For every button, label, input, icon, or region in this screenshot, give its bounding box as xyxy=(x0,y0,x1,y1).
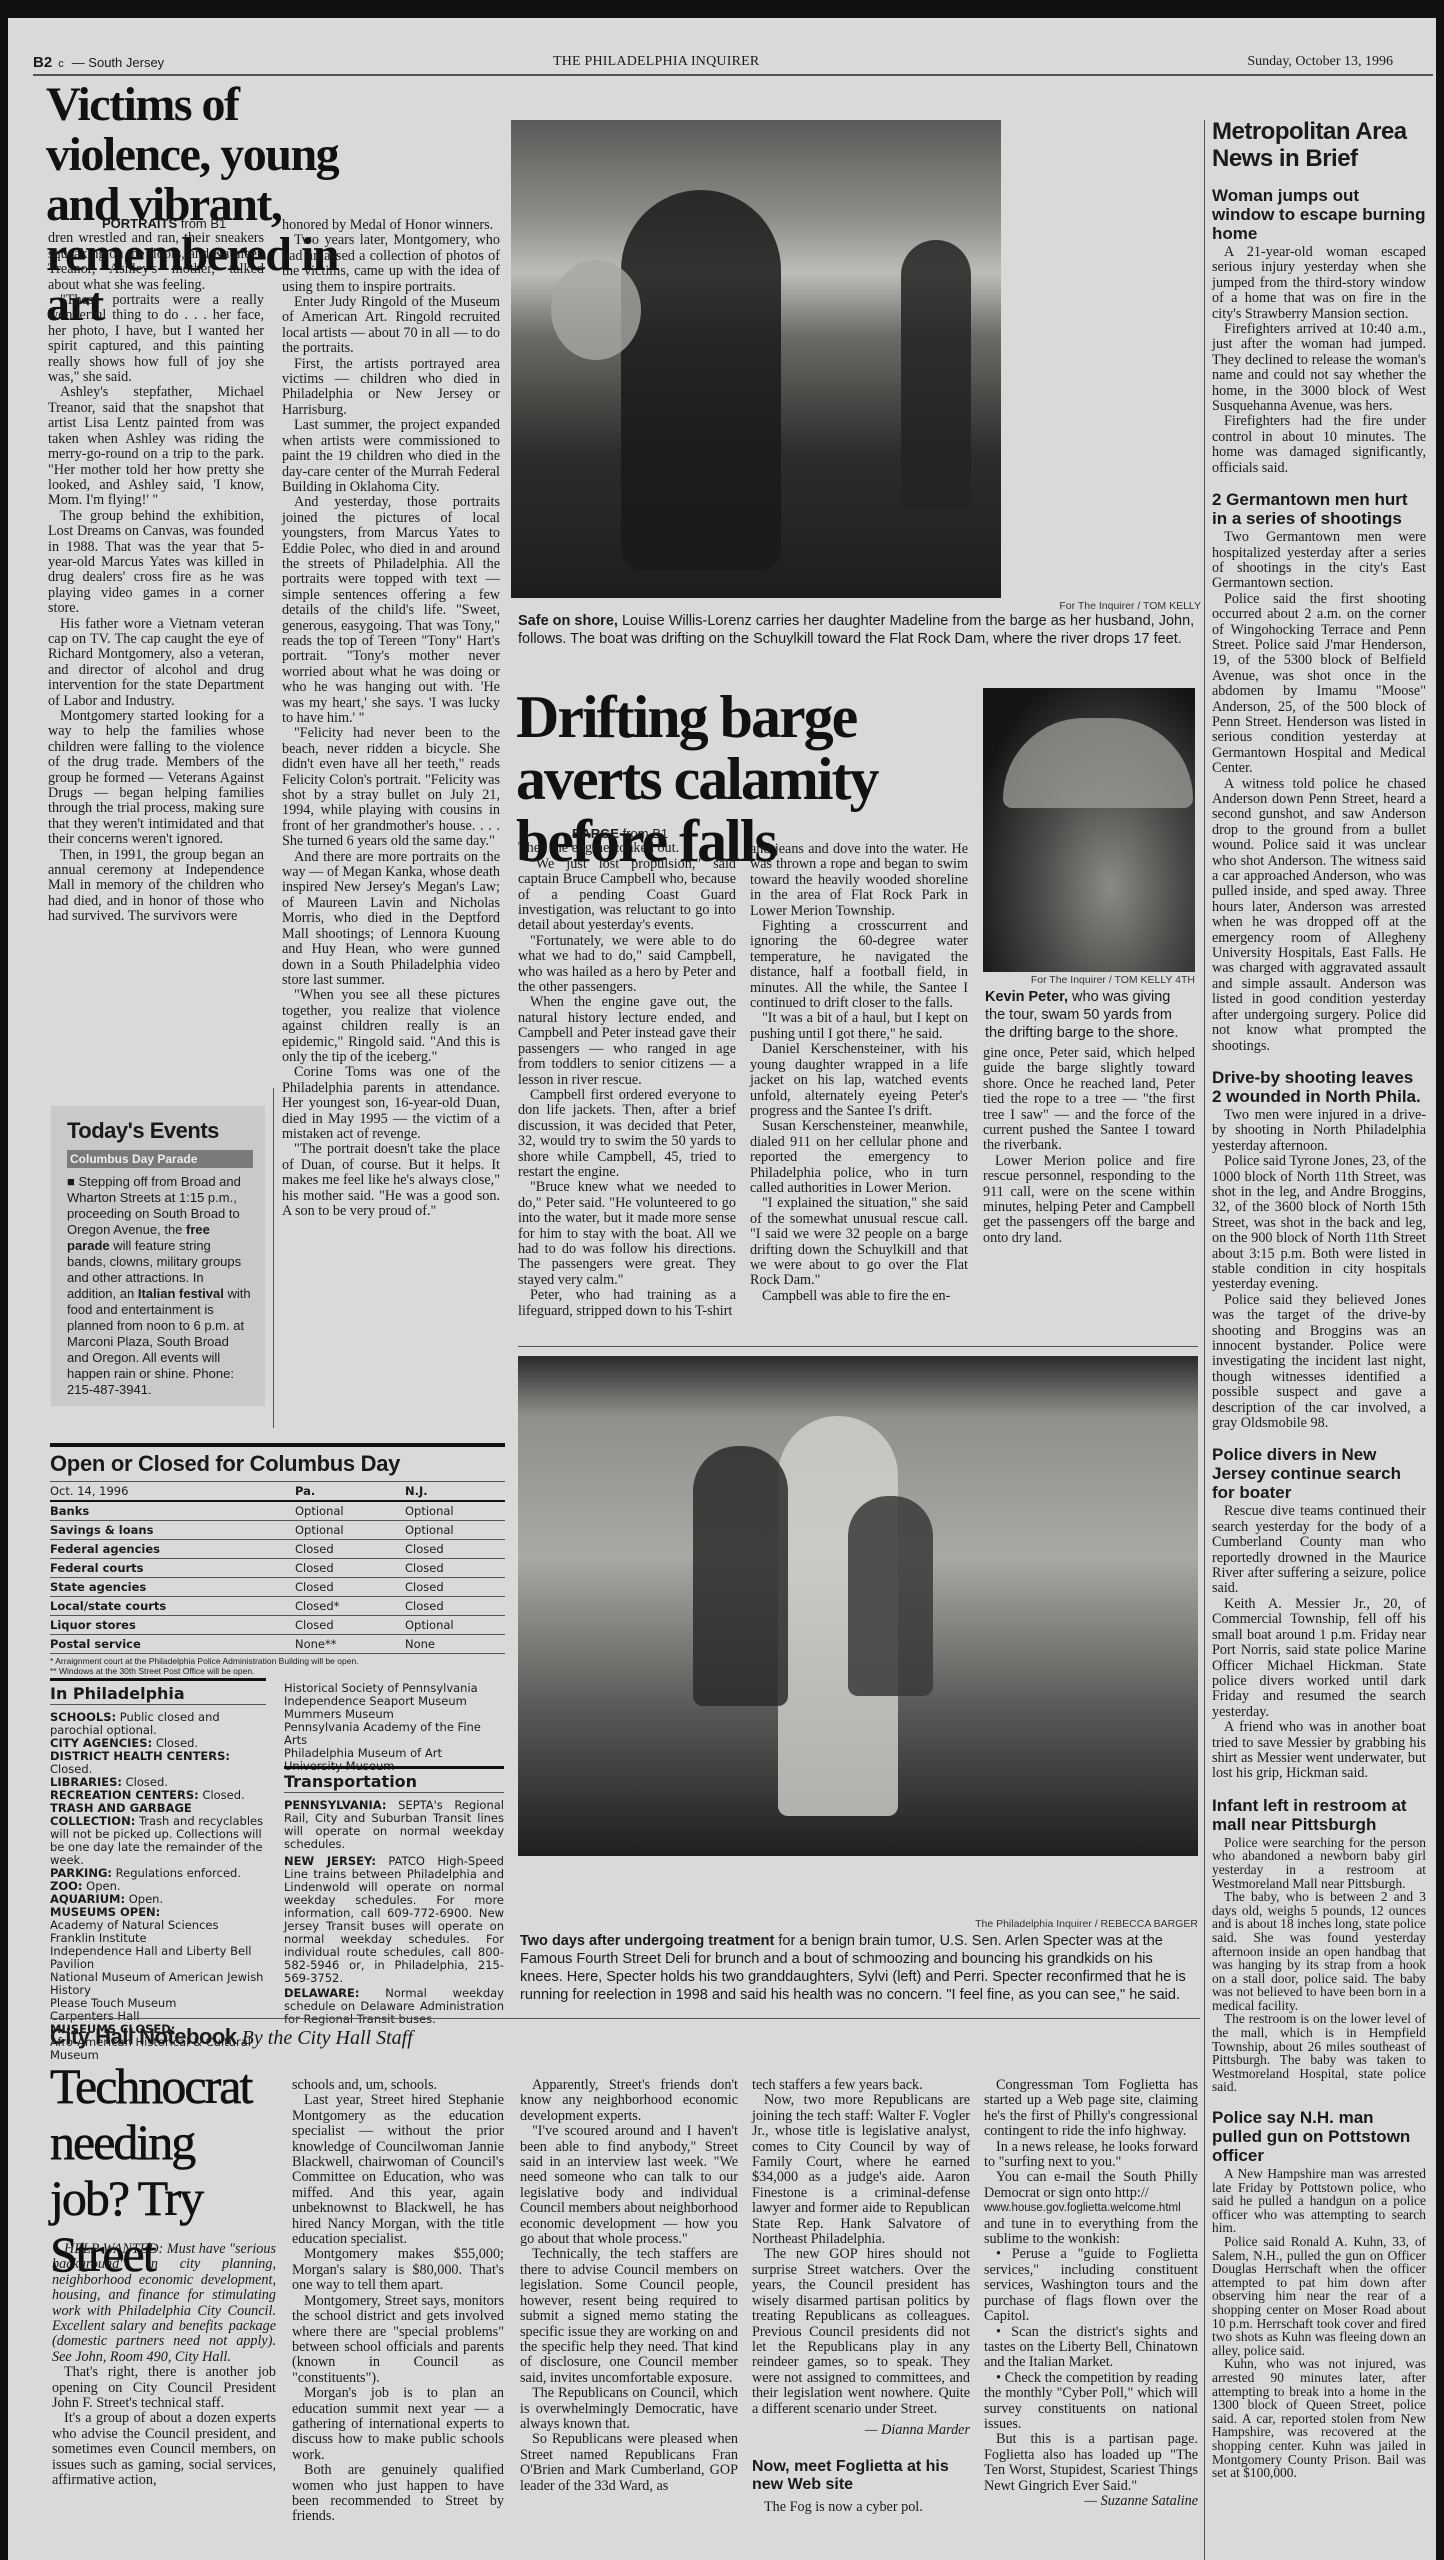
city-hall-col-3: Apparently, Street's friends don't know … xyxy=(520,2078,738,2494)
specter-deli-photo xyxy=(518,1356,1198,1856)
table-row: Savings & loansOptionalOptional xyxy=(50,1521,505,1540)
newspaper-page: B2c— South Jersey THE PHILADELPHIA INQUI… xyxy=(8,18,1436,2560)
folio-bar: B2c— South Jersey THE PHILADELPHIA INQUI… xyxy=(33,48,1433,76)
transportation-section: Transportation PENNSYLVANIA: SEPTA's Reg… xyxy=(284,1766,504,2026)
barge-rescue-photo xyxy=(511,120,1001,598)
folio-left: B2c— South Jersey xyxy=(33,54,164,71)
table-row: State agenciesClosedClosed xyxy=(50,1578,505,1597)
help-wanted-ad: HELP WANTED: Must have "serious backgrou… xyxy=(52,2242,276,2365)
city-hall-col-1: HELP WANTED: Must have "serious backgrou… xyxy=(52,2242,276,2489)
table-header: Oct. 14, 1996 Pa. N.J. xyxy=(50,1482,505,1502)
table-row: Local/state courtsClosed*Closed xyxy=(50,1597,505,1616)
section-divider xyxy=(518,1346,1198,1347)
brief-headline: Police say N.H. man pulled gun on Pottst… xyxy=(1212,2108,1426,2165)
table-row: BanksOptionalOptional xyxy=(50,1501,505,1521)
city-hall-col-4: tech staffers a few years back. Now, two… xyxy=(752,2078,970,2438)
todays-events-box: Today's Events Columbus Day Parade ■ Ste… xyxy=(51,1106,265,1406)
brief-headline: 2 Germantown men hurt in a series of sho… xyxy=(1212,490,1426,528)
photo-credit: For The Inquirer / TOM KELLY xyxy=(511,600,1201,612)
todays-events-title: Today's Events xyxy=(67,1118,219,1144)
brief-headline: Drive-by shooting leaves 2 wounded in No… xyxy=(1212,1068,1426,1106)
news-in-brief-title: Metropolitan Area News in Brief xyxy=(1212,118,1426,172)
table-row: Federal courtsClosedClosed xyxy=(50,1559,505,1578)
foglietta-lead: The Fog is now a cyber pol. xyxy=(752,2500,970,2515)
section-divider xyxy=(50,2018,1200,2019)
page-number: B2 xyxy=(33,54,52,71)
in-philadelphia-section: In Philadelphia SCHOOLS: Public closed a… xyxy=(50,1678,266,2062)
foglietta-subhead: Now, meet Foglietta at his new Web site xyxy=(752,2458,952,2494)
phila-item: SCHOOLS: Public closed and parochial opt… xyxy=(50,1711,266,1737)
barge-col-3: gine once, Peter said, which helped guid… xyxy=(983,1046,1195,1246)
photo-credit: The Philadelphia Inquirer / REBECCA BARG… xyxy=(518,1918,1198,1930)
city-hall-col-2: schools and, um, schools. Last year, Str… xyxy=(292,2078,504,2525)
portraits-col-2: honored by Medal of Honor winners. Two y… xyxy=(282,218,500,1219)
brief-headline: Police divers in New Jersey continue sea… xyxy=(1212,1445,1426,1502)
photo-credit: For The Inquirer / TOM KELLY 4TH xyxy=(983,974,1195,986)
city-hall-label: City Hall Notebook By the City Hall Staf… xyxy=(50,2024,510,2050)
footnotes: * Arraignment court at the Philadelphia … xyxy=(50,1656,505,1676)
event-tag: Columbus Day Parade xyxy=(67,1150,253,1168)
foglietta-url-link[interactable]: www.house.gov.foglietta.welcome.html xyxy=(984,2201,1198,2216)
byline-signature: — Dianna Marder xyxy=(752,2423,970,2438)
brief-body: A 21-year-old woman escaped serious inju… xyxy=(1212,245,1426,476)
portraits-col-1: PORTRAITS from B1 dren wrestled and ran,… xyxy=(48,216,264,925)
in-philadelphia-title: In Philadelphia xyxy=(50,1687,266,1705)
issue-date: Sunday, October 13, 1996 xyxy=(1247,54,1393,70)
kevin-peter-photo xyxy=(983,688,1195,972)
brief-body: Rescue dive teams continued their search… xyxy=(1212,1504,1426,1781)
museums-open-continued: Historical Society of Pennsylvania Indep… xyxy=(284,1682,504,1773)
brief-body: A New Hampshire man was arrested late Fr… xyxy=(1212,2167,1426,2480)
city-hall-col-5: Congressman Tom Foglietta has started up… xyxy=(984,2078,1198,2509)
photo-figure-child xyxy=(551,260,641,360)
event-description: ■ Stepping off from Broad and Wharton St… xyxy=(67,1174,253,1398)
brief-headline: Woman jumps out window to escape burning… xyxy=(1212,186,1426,243)
specter-photo-caption: Two days after undergoing treatment for … xyxy=(520,1932,1195,2004)
heavy-rule xyxy=(50,1443,505,1447)
brief-body: Police were searching for the person who… xyxy=(1212,1836,1426,2094)
table-row: Postal serviceNone**None xyxy=(50,1635,505,1654)
phila-item: TRASH AND GARBAGE COLLECTION: Trash and … xyxy=(50,1802,266,1867)
masthead-name: THE PHILADELPHIA INQUIRER xyxy=(553,54,759,70)
transportation-title: Transportation xyxy=(284,1775,504,1793)
bullet-square-icon: ■ xyxy=(67,1174,75,1189)
brief-body: Two men were injured in a drive-by shoot… xyxy=(1212,1108,1426,1432)
photo-cap-shape xyxy=(1003,718,1193,808)
column-divider xyxy=(273,1088,274,1428)
barge-col-1: BARGE from B1 Then the engine conked out… xyxy=(518,826,736,1319)
brief-headline: Infant left in restroom at mall near Pit… xyxy=(1212,1796,1426,1834)
column-divider xyxy=(1204,120,1205,2560)
open-closed-title: Open or Closed for Columbus Day xyxy=(50,1451,505,1477)
byline-signature: — Suzanne Sataline xyxy=(984,2494,1198,2509)
table-row: Federal agenciesClosedClosed xyxy=(50,1540,505,1559)
photo-figure-grandchild-left xyxy=(693,1446,788,1706)
phila-item: DISTRICT HEALTH CENTERS: Closed. xyxy=(50,1750,266,1776)
photo-figure-father xyxy=(901,240,971,510)
section-label: — South Jersey xyxy=(72,55,165,70)
table-row: Liquor storesClosedOptional xyxy=(50,1616,505,1635)
photo-figure-mother xyxy=(621,190,781,570)
open-closed-section: Open or Closed for Columbus Day Oct. 14,… xyxy=(50,1443,505,1676)
photo-figure-grandchild-right xyxy=(848,1496,933,1696)
barge-photo-caption: Safe on shore, Louise Willis-Lorenz carr… xyxy=(518,612,1203,648)
news-in-brief-column: Metropolitan Area News in Brief Woman ju… xyxy=(1212,118,1426,2480)
barge-col-2: and jeans and dove into the water. He wa… xyxy=(750,842,968,1304)
open-closed-table: Oct. 14, 1996 Pa. N.J. BanksOptionalOpti… xyxy=(50,1481,505,1654)
kevin-peter-caption: Kevin Peter, who was giving the tour, sw… xyxy=(985,988,1185,1042)
brief-body: Two Germantown men were hospitalized yes… xyxy=(1212,530,1426,1054)
